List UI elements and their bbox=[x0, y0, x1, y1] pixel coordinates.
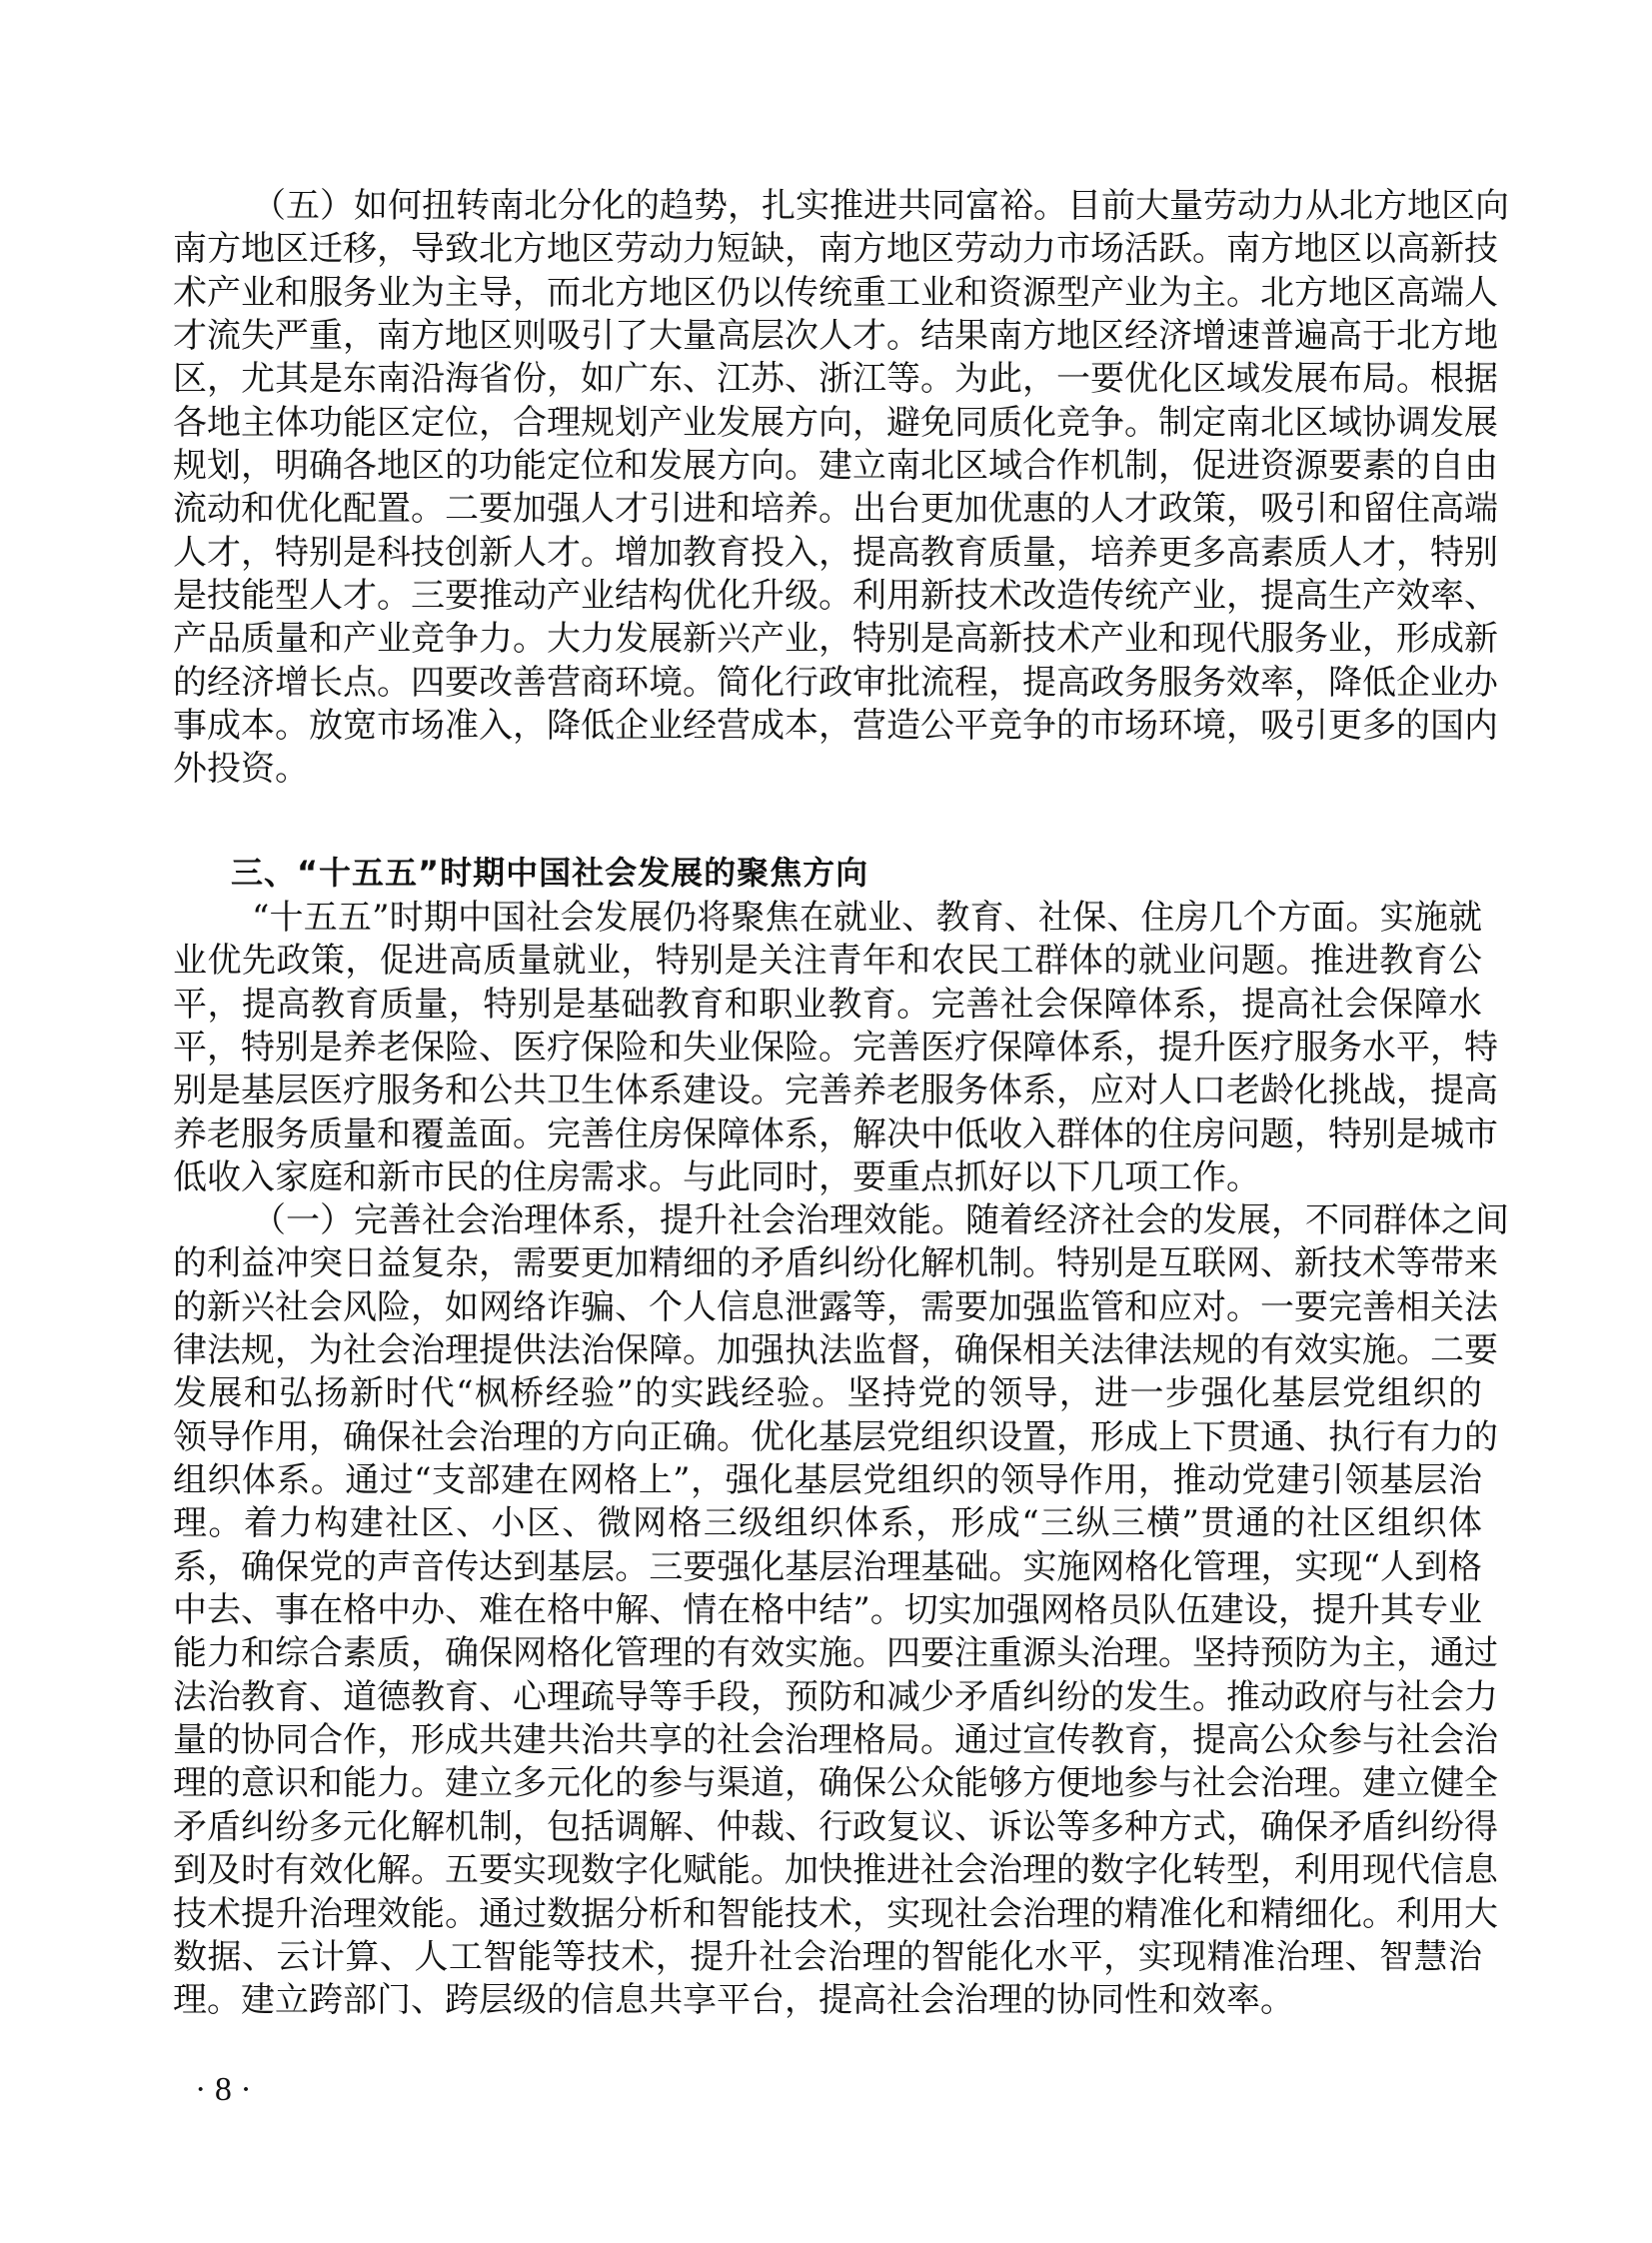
text-line: 律法规，为社会治理提供法治保障。加强执法监督，确保相关法律法规的有效实施。二要 bbox=[173, 1329, 1482, 1372]
text-line: 南方地区迁移，导致北方地区劳动力短缺，南方地区劳动力市场活跃。南方地区以高新技 bbox=[173, 228, 1482, 271]
text-line: 技术提升治理效能。通过数据分析和智能技术，实现社会治理的精准化和精细化。利用大 bbox=[173, 1893, 1482, 1936]
text-line: 规划，明确各地区的功能定位和发展方向。建立南北区域合作机制，促进资源要素的自由 bbox=[173, 445, 1482, 488]
text-line: 理。建立跨部门、跨层级的信息共享平台，提高社会治理的协同性和效率。 bbox=[173, 1979, 1482, 2022]
text-line: 到及时有效化解。五要实现数字化赋能。加快推进社会治理的数字化转型，利用现代信息 bbox=[173, 1849, 1482, 1892]
text-line: 区，尤其是东南沿海省份，如广东、江苏、浙江等。为此，一要优化区域发展布局。根据 bbox=[173, 358, 1482, 401]
section-heading: 三、“十五五”时期中国社会发展的聚焦方向 bbox=[231, 851, 868, 895]
text-line: 的新兴社会风险，如网络诈骗、个人信息泄露等，需要加强监管和应对。一要完善相关法 bbox=[173, 1286, 1482, 1329]
text-line: 外投资。 bbox=[173, 748, 1482, 791]
text-line: 发展和弘扬新时代“枫桥经验”的实践经验。坚持党的领导，进一步强化基层党组织的 bbox=[173, 1372, 1482, 1415]
text-line: 领导作用，确保社会治理的方向正确。优化基层党组织设置，形成上下贯通、执行有力的 bbox=[173, 1416, 1482, 1459]
text-line: “十五五”时期中国社会发展仍将聚焦在就业、教育、社保、住房几个方面。实施就 bbox=[173, 897, 1482, 940]
text-line: 能力和综合素质，确保网格化管理的有效实施。四要注重源头治理。坚持预防为主，通过 bbox=[173, 1632, 1482, 1675]
text-line: 各地主体功能区定位，合理规划产业发展方向，避免同质化竞争。制定南北区域协调发展 bbox=[173, 402, 1482, 445]
paragraph-intro: “十五五”时期中国社会发展仍将聚焦在就业、教育、社保、住房几个方面。实施就 业优… bbox=[173, 897, 1482, 1199]
text-line: 事成本。放宽市场准入，降低企业经营成本，营造公平竞争的市场环境，吸引更多的国内 bbox=[173, 705, 1482, 748]
paragraph-section-1: （一）完善社会治理体系，提升社会治理效能。随着经济社会的发展，不同群体之间 的利… bbox=[173, 1199, 1482, 2023]
text-line: 的利益冲突日益复杂，需要更加精细的矛盾纠纷化解机制。特别是互联网、新技术等带来 bbox=[173, 1242, 1482, 1285]
text-line: 系，确保党的声音传达到基层。三要强化基层治理基础。实施网格化管理，实现“人到格 bbox=[173, 1546, 1482, 1589]
text-line: 中去、事在格中办、难在格中解、情在格中结”。切实加强网格员队伍建设，提升其专业 bbox=[173, 1589, 1482, 1632]
text-line: 低收入家庭和新市民的住房需求。与此同时，要重点抓好以下几项工作。 bbox=[173, 1156, 1482, 1199]
text-line: 产品质量和产业竞争力。大力发展新兴产业，特别是高新技术产业和现代服务业，形成新 bbox=[173, 618, 1482, 661]
text-line: 法治教育、道德教育、心理疏导等手段，预防和减少矛盾纠纷的发生。推动政府与社会力 bbox=[173, 1676, 1482, 1719]
text-line: 才流失严重，南方地区则吸引了大量高层次人才。结果南方地区经济增速普遍高于北方地 bbox=[173, 315, 1482, 358]
text-line: 别是基层医疗服务和公共卫生体系建设。完善养老服务体系，应对人口老龄化挑战，提高 bbox=[173, 1070, 1482, 1113]
text-line: 平，特别是养老保险、医疗保险和失业保险。完善医疗保障体系，提升医疗服务水平，特 bbox=[173, 1027, 1482, 1070]
paragraph-section-5: （五）如何扭转南北分化的趋势，扎实推进共同富裕。目前大量劳动力从北方地区向 南方… bbox=[173, 185, 1482, 792]
document-page: （五）如何扭转南北分化的趋势，扎实推进共同富裕。目前大量劳动力从北方地区向 南方… bbox=[0, 0, 1652, 2243]
text-line: 理。着力构建社区、小区、微网格三级组织体系，形成“三纵三横”贯通的社区组织体 bbox=[173, 1502, 1482, 1545]
text-line: 量的协同合作，形成共建共治共享的社会治理格局。通过宣传教育，提高公众参与社会治 bbox=[173, 1719, 1482, 1762]
text-line: 矛盾纠纷多元化解机制，包括调解、仲裁、行政复议、诉讼等多种方式，确保矛盾纠纷得 bbox=[173, 1806, 1482, 1849]
text-line: 是技能型人才。三要推动产业结构优化升级。利用新技术改造传统产业，提高生产效率、 bbox=[173, 575, 1482, 618]
text-line: 养老服务质量和覆盖面。完善住房保障体系，解决中低收入群体的住房问题，特别是城市 bbox=[173, 1114, 1482, 1156]
text-line: （五）如何扭转南北分化的趋势，扎实推进共同富裕。目前大量劳动力从北方地区向 bbox=[173, 185, 1482, 228]
text-line: 人才，特别是科技创新人才。增加教育投入，提高教育质量，培养更多高素质人才，特别 bbox=[173, 532, 1482, 575]
text-line: 流动和优化配置。二要加强人才引进和培养。出台更加优惠的人才政策，吸引和留住高端 bbox=[173, 488, 1482, 531]
text-line: 业优先政策，促进高质量就业，特别是关注青年和农民工群体的就业问题。推进教育公 bbox=[173, 940, 1482, 983]
text-line: 平，提高教育质量，特别是基础教育和职业教育。完善社会保障体系，提高社会保障水 bbox=[173, 984, 1482, 1027]
text-line: 理的意识和能力。建立多元化的参与渠道，确保公众能够方便地参与社会治理。建立健全 bbox=[173, 1762, 1482, 1805]
text-line: 术产业和服务业为主导，而北方地区仍以传统重工业和资源型产业为主。北方地区高端人 bbox=[173, 272, 1482, 315]
text-line: （一）完善社会治理体系，提升社会治理效能。随着经济社会的发展，不同群体之间 bbox=[173, 1199, 1482, 1242]
text-line: 组织体系。通过“支部建在网格上”，强化基层党组织的领导作用，推动党建引领基层治 bbox=[173, 1459, 1482, 1502]
page-number: · 8 · bbox=[195, 2071, 252, 2109]
text-line: 的经济增长点。四要改善营商环境。简化行政审批流程，提高政务服务效率，降低企业办 bbox=[173, 662, 1482, 705]
text-line: 数据、云计算、人工智能等技术，提升社会治理的智能化水平，实现精准治理、智慧治 bbox=[173, 1936, 1482, 1979]
